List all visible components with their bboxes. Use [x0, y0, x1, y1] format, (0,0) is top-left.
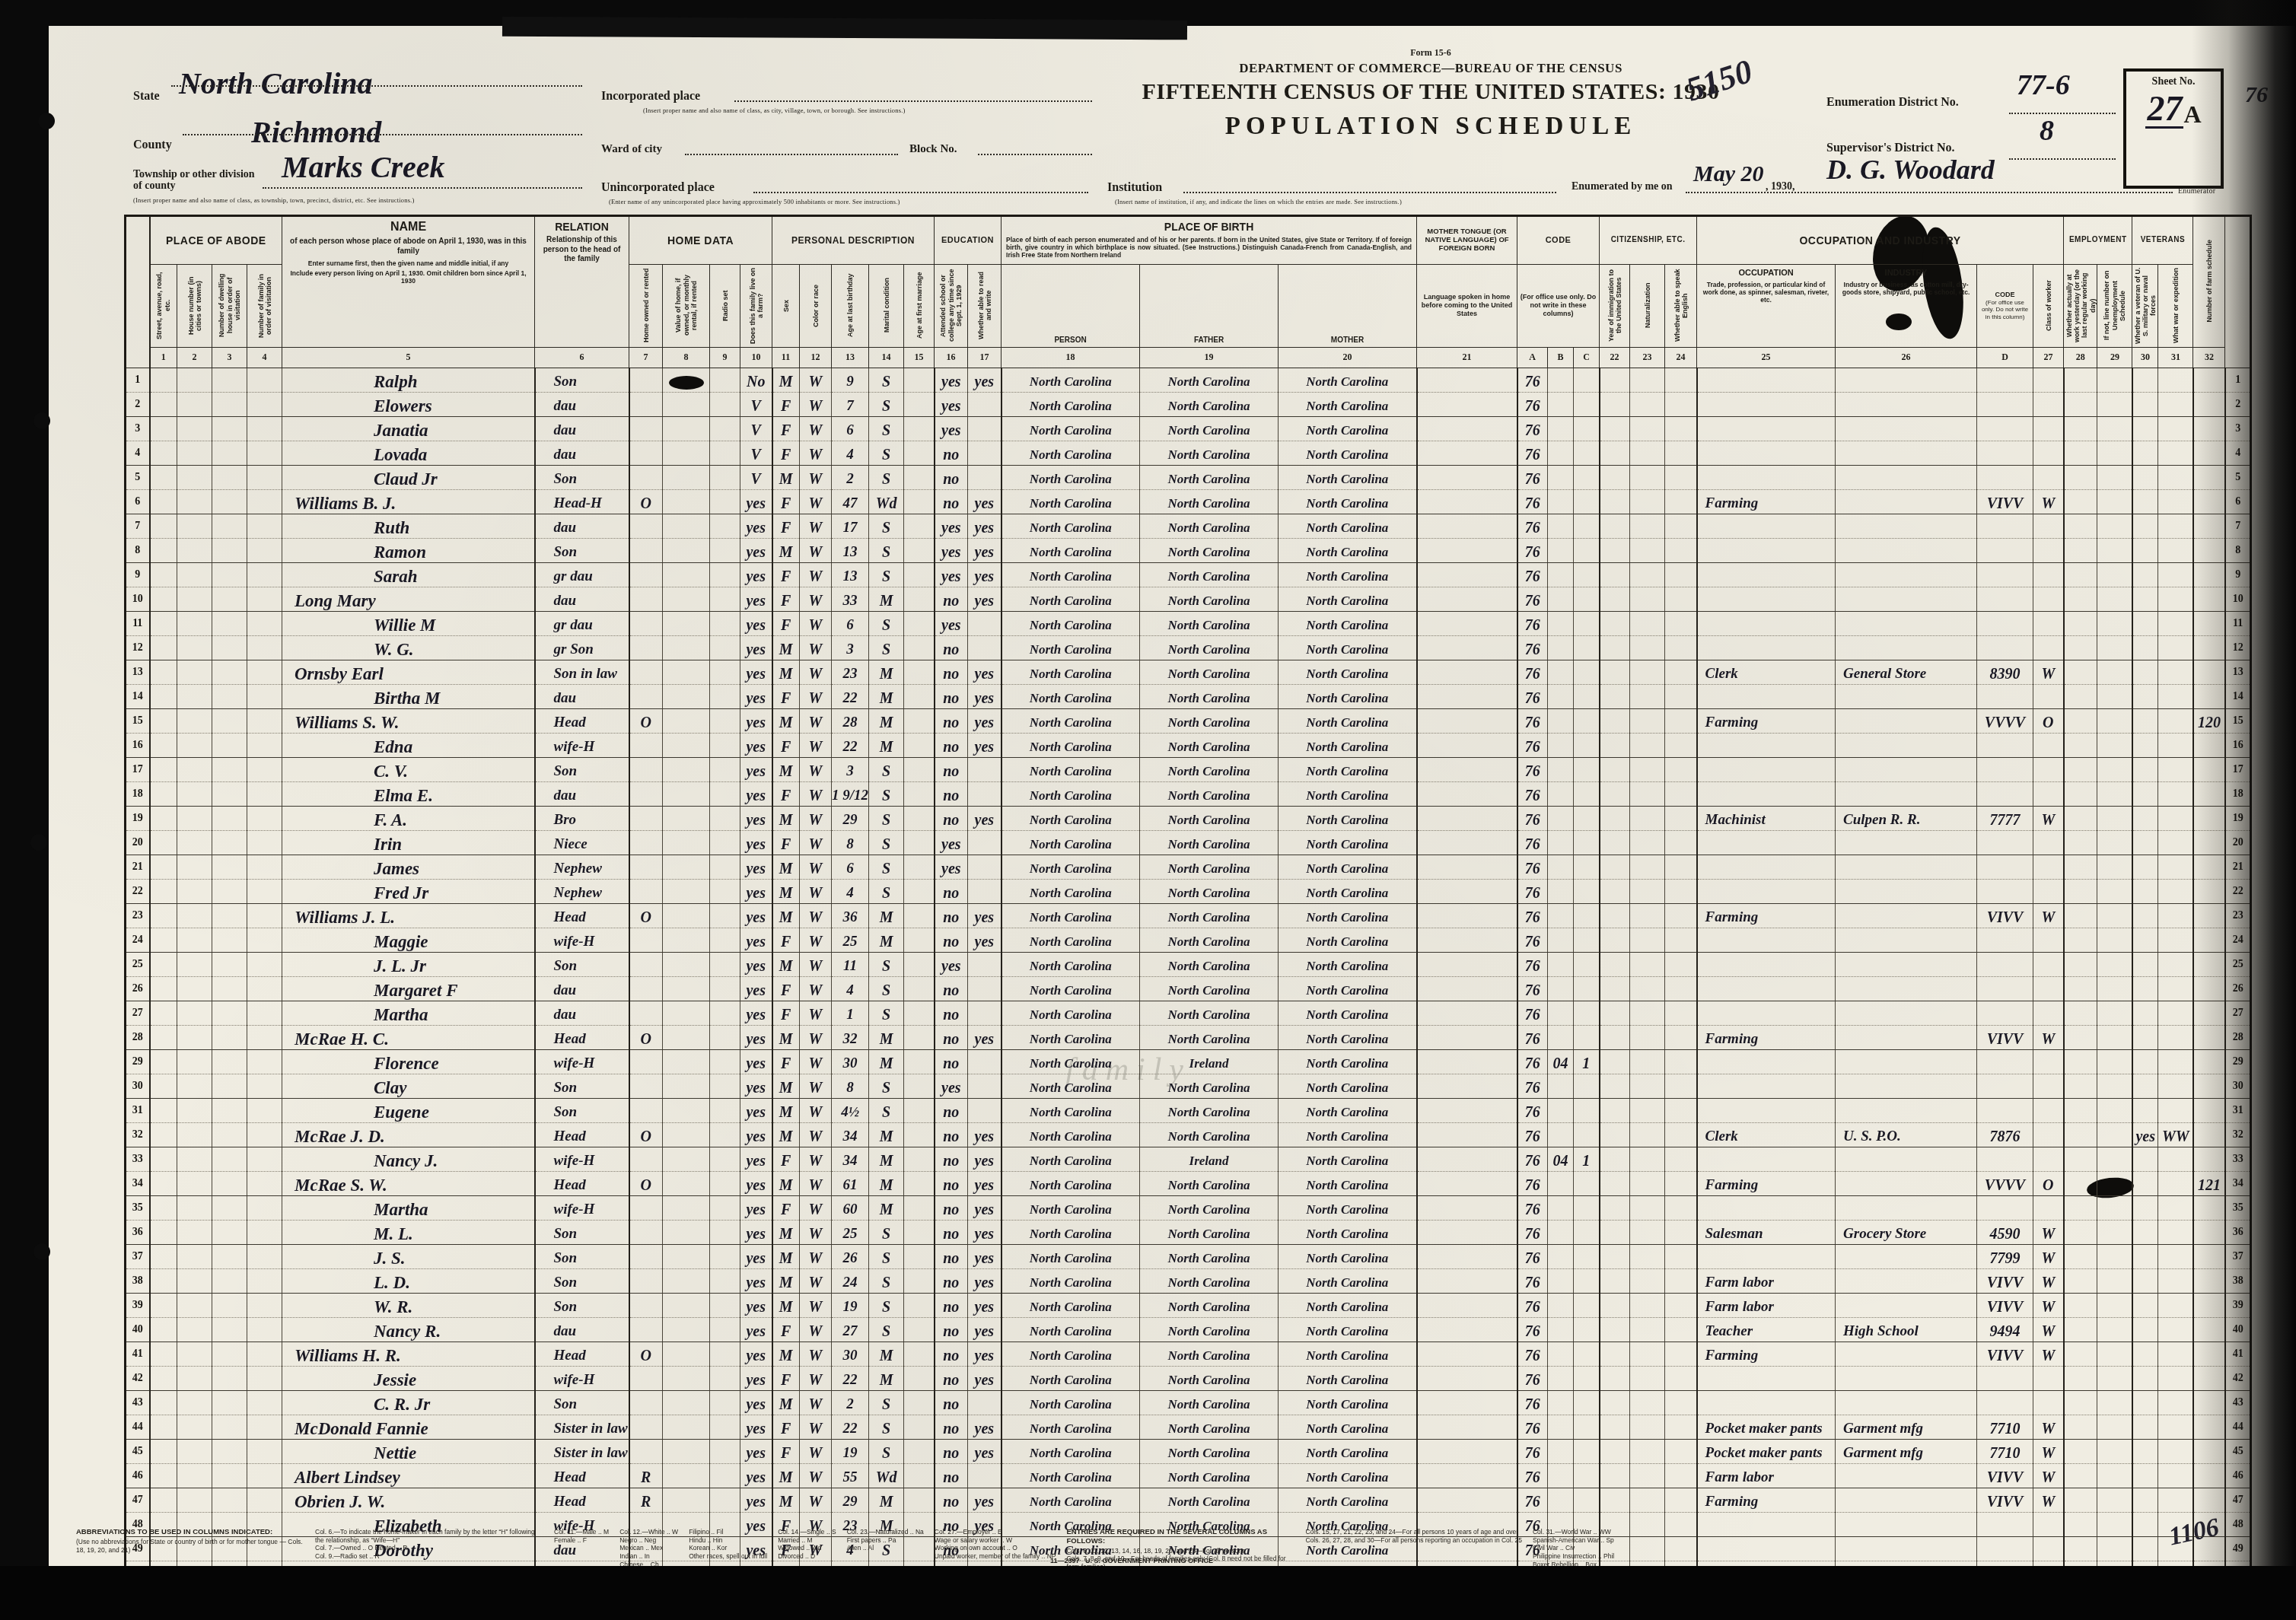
cell-rw [968, 879, 1002, 903]
cell-wk [2064, 708, 2097, 733]
cell-cc [1574, 806, 1600, 830]
cell-nt [1630, 1439, 1665, 1463]
cell-lg [1417, 611, 1517, 635]
cell-sc: yes [935, 368, 968, 392]
cell-sc: no [935, 1342, 968, 1366]
ward-line [685, 154, 898, 155]
cell-pm: North Carolina [1279, 441, 1417, 465]
legend-line: (Use no abbreviations for State or count… [76, 1538, 304, 1554]
cell-im [1600, 1317, 1630, 1342]
cell-pf: North Carolina [1140, 1171, 1279, 1195]
cell-nt [1630, 1122, 1665, 1147]
cell-ca: 76 [1517, 1122, 1548, 1147]
cell-iy [1836, 879, 1977, 903]
cell-ag: 6 [832, 611, 869, 635]
cell-vt [2132, 733, 2158, 757]
cell-ag: 25 [832, 1220, 869, 1244]
cell-cw [2033, 1049, 2064, 1074]
cell-wr [2158, 1195, 2193, 1220]
cell-ra: W [800, 830, 832, 855]
cell-lg [1417, 1025, 1517, 1049]
state-label: State [133, 90, 160, 103]
cell-am [904, 757, 935, 781]
cell-hn [177, 879, 212, 903]
cell-ca: 76 [1517, 368, 1548, 392]
cell-ms: M [869, 1342, 904, 1366]
cell-vt [2132, 1390, 2158, 1415]
cell-iy [1836, 514, 1977, 538]
cell-ra: W [800, 1415, 832, 1439]
cell-vt [2132, 781, 2158, 806]
cell-sc: no [935, 1220, 968, 1244]
column-number: 14 [869, 347, 904, 368]
cell-iy [1836, 952, 1977, 976]
cell-en [1665, 635, 1697, 660]
cell-hm [629, 781, 663, 806]
cell-rw [968, 1098, 1002, 1122]
cell-cc [1574, 1195, 1600, 1220]
cell-rw: yes [968, 1268, 1002, 1293]
cell-ul [2097, 1390, 2132, 1415]
cell-ra: W [800, 562, 832, 587]
cell-nt [1630, 1366, 1665, 1390]
legend-line: Col. 23.—Naturalized .. Na [847, 1528, 924, 1536]
table-row: 24Maggiewife-HyesFW25MnoyesNorth Carolin… [126, 928, 2251, 952]
cell-vt [2132, 1366, 2158, 1390]
cell-wk [2064, 806, 2097, 830]
column-numbers-row: 123456789101112131415161718192021ABC2223… [126, 347, 2251, 368]
cell-hm [629, 1439, 663, 1463]
enumerator-name: D. G. Woodard [1826, 154, 1995, 186]
cell-wk [2064, 538, 2097, 562]
cell-nm: Sarah [282, 562, 535, 587]
cell-sc: no [935, 928, 968, 952]
cell-am [904, 1220, 935, 1244]
column-number: 18 [1002, 347, 1140, 368]
cell-sx: M [772, 465, 800, 489]
cell-ul [2097, 1147, 2132, 1171]
cell-pf: North Carolina [1140, 806, 1279, 830]
cell-am [904, 1244, 935, 1268]
cell-vl [663, 684, 710, 708]
cell-pm: North Carolina [1279, 684, 1417, 708]
cell-pm: North Carolina [1279, 514, 1417, 538]
cell-ra: W [800, 1488, 832, 1512]
cell-cd [1977, 879, 2033, 903]
cell-im [1600, 1171, 1630, 1195]
cell-vt [2132, 928, 2158, 952]
cell-sc: no [935, 1098, 968, 1122]
cell-hm [629, 879, 663, 903]
cell-rd [710, 830, 740, 855]
cell-lg [1417, 1390, 1517, 1415]
cell-ra: W [800, 416, 832, 441]
cell-st [150, 684, 177, 708]
cell-ag: 22 [832, 733, 869, 757]
cell-vl [663, 1342, 710, 1366]
cell-rw: yes [968, 806, 1002, 830]
row-number-left: 46 [126, 1463, 150, 1488]
cell-iy [1836, 465, 1977, 489]
cell-rw [968, 830, 1002, 855]
cell-ms: S [869, 611, 904, 635]
row-number-left: 19 [126, 806, 150, 830]
cell-nt [1630, 392, 1665, 416]
group-education: EDUCATION [935, 216, 1002, 265]
cell-sc: yes [935, 830, 968, 855]
cell-nm: Lovada [282, 441, 535, 465]
cell-fm [247, 928, 282, 952]
legend-line: Married .. M [778, 1536, 836, 1545]
cell-am [904, 1195, 935, 1220]
cell-ms: M [869, 684, 904, 708]
cell-iy [1836, 1463, 1977, 1488]
cell-nt [1630, 489, 1665, 514]
cell-wk [2064, 416, 2097, 441]
cell-cd: 7710 [1977, 1415, 2033, 1439]
cell-cb [1548, 708, 1574, 733]
cell-oc: Pocket maker pants [1697, 1415, 1836, 1439]
cell-hm [629, 538, 663, 562]
cell-cd [1977, 757, 2033, 781]
cell-ca: 76 [1517, 1195, 1548, 1220]
cell-vl [663, 635, 710, 660]
cell-sc: yes [935, 855, 968, 879]
cell-ca: 76 [1517, 1268, 1548, 1293]
cell-pb: North Carolina [1002, 1147, 1140, 1171]
cell-im [1600, 416, 1630, 441]
cell-lg [1417, 1463, 1517, 1488]
cell-pm: North Carolina [1279, 733, 1417, 757]
cell-nm: McRae S. W. [282, 1171, 535, 1195]
cell-fm [247, 757, 282, 781]
cell-dw [212, 514, 247, 538]
cell-pm: North Carolina [1279, 781, 1417, 806]
cell-pb: North Carolina [1002, 1463, 1140, 1488]
cell-am [904, 1366, 935, 1390]
cell-pm: North Carolina [1279, 903, 1417, 928]
census-title: FIFTEENTH CENSUS OF THE UNITED STATES: 1… [1142, 79, 1720, 105]
cell-cw [2033, 1098, 2064, 1122]
cell-ms: S [869, 392, 904, 416]
industry-desc: Industry or business, as cotton mill, dr… [1840, 281, 1972, 296]
cell-sc: no [935, 708, 968, 733]
cell-oc [1697, 952, 1836, 976]
cell-ul [2097, 1317, 2132, 1342]
cell-rd [710, 465, 740, 489]
cell-fm [247, 733, 282, 757]
cell-cb [1548, 1463, 1574, 1488]
column-number: 20 [1279, 347, 1417, 368]
sd-label: Supervisor's District No. [1826, 142, 1954, 155]
cell-cw [2033, 830, 2064, 855]
cell-nm: Ornsby Earl [282, 660, 535, 684]
cell-wr [2158, 1098, 2193, 1122]
cell-ag: 3 [832, 757, 869, 781]
cell-pf: North Carolina [1140, 855, 1279, 879]
cell-lg [1417, 1317, 1517, 1342]
cell-am [904, 416, 935, 441]
cell-dw [212, 489, 247, 514]
cell-wr [2158, 733, 2193, 757]
cell-cb [1548, 781, 1574, 806]
cell-wk [2064, 1415, 2097, 1439]
cell-ag: 24 [832, 1268, 869, 1293]
cell-sc: no [935, 1171, 968, 1195]
cell-rd [710, 976, 740, 1001]
cell-iy [1836, 1390, 1977, 1415]
cell-im [1600, 928, 1630, 952]
row-number-left: 44 [126, 1415, 150, 1439]
row-number-left: 37 [126, 1244, 150, 1268]
cell-vl [663, 1439, 710, 1463]
cell-ra: W [800, 1195, 832, 1220]
group-header-row: PLACE OF ABODE NAME of each person whose… [126, 216, 2251, 265]
cell-fm [247, 562, 282, 587]
cell-nt [1630, 781, 1665, 806]
cell-ca: 76 [1517, 806, 1548, 830]
cell-dw [212, 368, 247, 392]
cell-cw: W [2033, 1488, 2064, 1512]
cell-cc [1574, 1001, 1600, 1025]
cell-cw [2033, 1195, 2064, 1220]
cell-sc: no [935, 465, 968, 489]
cell-hm: O [629, 1025, 663, 1049]
cell-wk [2064, 514, 2097, 538]
row-number-left: 47 [126, 1488, 150, 1512]
cell-pm: North Carolina [1279, 928, 1417, 952]
cell-sx: M [772, 368, 800, 392]
cell-dw [212, 1171, 247, 1195]
col-header-age-first-marriage: Age at first marriage [904, 264, 935, 347]
cell-im [1600, 733, 1630, 757]
cell-fm [247, 1268, 282, 1293]
cell-en [1665, 1074, 1697, 1098]
cell-im [1600, 1001, 1630, 1025]
cell-hm [629, 587, 663, 611]
cell-lg [1417, 392, 1517, 416]
cell-pm: North Carolina [1279, 562, 1417, 587]
cell-nm: Clay [282, 1074, 535, 1098]
cell-st [150, 1366, 177, 1390]
cell-pf: North Carolina [1140, 1268, 1279, 1293]
cell-fa: yes [740, 1342, 772, 1366]
cell-vl [663, 1390, 710, 1415]
cell-nt [1630, 1049, 1665, 1074]
cell-ul [2097, 489, 2132, 514]
cell-cc [1574, 855, 1600, 879]
cell-hn [177, 1220, 212, 1244]
cell-pm: North Carolina [1279, 1488, 1417, 1512]
cell-cd [1977, 781, 2033, 806]
incorporated-note: (Insert proper name and also name of cla… [643, 107, 1100, 114]
cell-rd [710, 1293, 740, 1317]
cell-nm: Margaret F [282, 976, 535, 1001]
cell-pb: North Carolina [1002, 1001, 1140, 1025]
cell-fm [247, 1195, 282, 1220]
cell-wr [2158, 441, 2193, 465]
cell-cb [1548, 392, 1574, 416]
industry-title: INDUSTRY [1840, 269, 1972, 278]
cell-nm: M. L. [282, 1220, 535, 1244]
col-header-birth-father: FATHER [1140, 264, 1279, 347]
cell-oc [1697, 781, 1836, 806]
table-row: 11Willie Mgr dauyesFW6SyesNorth Carolina… [126, 611, 2251, 635]
legend-line: Col. 6.—To indicate the home-maker in ea… [315, 1528, 543, 1544]
legend-line: Col. 12.—White .. W [619, 1528, 678, 1536]
cell-rd [710, 587, 740, 611]
table-row: 29Florencewife-HyesFW30MnoNorth Carolina… [126, 1049, 2251, 1074]
cell-pb: North Carolina [1002, 708, 1140, 733]
cell-am [904, 976, 935, 1001]
row-number-left: 45 [126, 1439, 150, 1463]
cell-vt [2132, 1098, 2158, 1122]
ward-label: Ward of city [601, 143, 662, 156]
cell-dw [212, 855, 247, 879]
cell-ul [2097, 465, 2132, 489]
column-number: C [1574, 347, 1600, 368]
row-number-left: 16 [126, 733, 150, 757]
cell-ms: S [869, 441, 904, 465]
cell-iy: High School [1836, 1317, 1977, 1342]
cell-vl [663, 1074, 710, 1098]
cell-pb: North Carolina [1002, 1317, 1140, 1342]
cell-pf: North Carolina [1140, 903, 1279, 928]
cell-ag: 8 [832, 1074, 869, 1098]
cell-vt [2132, 489, 2158, 514]
row-number-left: 18 [126, 781, 150, 806]
cell-ms: M [869, 660, 904, 684]
cell-ra: W [800, 368, 832, 392]
relation-desc: Relationship of this person to the head … [540, 236, 624, 265]
cell-lg [1417, 855, 1517, 879]
cell-cw [2033, 1147, 2064, 1171]
cell-ag: 4 [832, 976, 869, 1001]
cell-fa: yes [740, 514, 772, 538]
cell-ag: 34 [832, 1147, 869, 1171]
row-number-left: 29 [126, 1049, 150, 1074]
table-row: 40Nancy R.dauyesFW27SnoyesNorth Carolina… [126, 1317, 2251, 1342]
cell-fm [247, 879, 282, 903]
cell-vt [2132, 1317, 2158, 1342]
cell-sc: no [935, 1122, 968, 1147]
row-number-left: 32 [126, 1122, 150, 1147]
cell-oc [1697, 1098, 1836, 1122]
cell-ag: 19 [832, 1293, 869, 1317]
cell-pb: North Carolina [1002, 1268, 1140, 1293]
cell-en [1665, 781, 1697, 806]
cell-pm: North Carolina [1279, 806, 1417, 830]
cell-pf: North Carolina [1140, 416, 1279, 441]
legend-line: Civil War .. Civ [1533, 1544, 1614, 1552]
cell-sc: no [935, 1049, 968, 1074]
cell-pf: North Carolina [1140, 684, 1279, 708]
name-note2: Include every person living on April 1, … [287, 269, 530, 285]
cell-vl [663, 708, 710, 733]
col-header-language: Language spoken in home before coming to… [1417, 264, 1517, 347]
cell-en [1665, 611, 1697, 635]
cell-pm: North Carolina [1279, 538, 1417, 562]
cell-ul [2097, 1415, 2132, 1439]
cell-ul [2097, 1122, 2132, 1147]
cell-hn [177, 489, 212, 514]
cell-pb: North Carolina [1002, 587, 1140, 611]
cell-cd [1977, 928, 2033, 952]
cell-cd [1977, 368, 2033, 392]
cell-en [1665, 368, 1697, 392]
cell-cd [1977, 952, 2033, 976]
cell-ca: 76 [1517, 928, 1548, 952]
cell-ul [2097, 903, 2132, 928]
cell-pm: North Carolina [1279, 879, 1417, 903]
cell-sc: yes [935, 611, 968, 635]
cell-pb: North Carolina [1002, 368, 1140, 392]
cell-nt [1630, 879, 1665, 903]
cell-ul [2097, 1244, 2132, 1268]
cell-pb: North Carolina [1002, 1122, 1140, 1147]
cell-en [1665, 1001, 1697, 1025]
cell-fa: yes [740, 1415, 772, 1439]
cell-sx: F [772, 1439, 800, 1463]
cell-cc [1574, 587, 1600, 611]
cell-ms: M [869, 1488, 904, 1512]
cell-wk [2064, 465, 2097, 489]
col-header-house-number: House number (in cities or towns) [177, 264, 212, 347]
cell-en [1665, 855, 1697, 879]
col-header-birth-person: PERSON [1002, 264, 1140, 347]
cell-cd [1977, 562, 2033, 587]
cell-cc: 1 [1574, 1147, 1600, 1171]
cell-rd [710, 368, 740, 392]
cell-ra: W [800, 514, 832, 538]
cell-fa: yes [740, 587, 772, 611]
cell-rel: Head [535, 1342, 629, 1366]
cell-wk [2064, 611, 2097, 635]
row-number-left: 27 [126, 1001, 150, 1025]
cell-ag: 8 [832, 830, 869, 855]
cell-fm [247, 1244, 282, 1268]
cell-am [904, 806, 935, 830]
cell-ul [2097, 416, 2132, 441]
cell-nt [1630, 733, 1665, 757]
cell-lg [1417, 879, 1517, 903]
cell-ms: Wd [869, 1463, 904, 1488]
cell-pf: North Carolina [1140, 1342, 1279, 1366]
cell-st [150, 1342, 177, 1366]
cell-dw [212, 757, 247, 781]
cell-dw [212, 976, 247, 1001]
cell-sx: F [772, 1049, 800, 1074]
cell-hn [177, 441, 212, 465]
cell-cb [1548, 368, 1574, 392]
cell-wk [2064, 392, 2097, 416]
table-row: 8RamonSonyesMW13SyesyesNorth CarolinaNor… [126, 538, 2251, 562]
cell-ul [2097, 952, 2132, 976]
cell-lg [1417, 781, 1517, 806]
cell-fm [247, 514, 282, 538]
cell-hn [177, 806, 212, 830]
cell-cw: O [2033, 1171, 2064, 1195]
table-row: 45NettieSister in lawyesFW19SnoyesNorth … [126, 1439, 2251, 1463]
cell-ag: 22 [832, 1366, 869, 1390]
cell-nm: Martha [282, 1001, 535, 1025]
cell-sc: yes [935, 1074, 968, 1098]
cell-oc [1697, 538, 1836, 562]
cell-rel: gr dau [535, 611, 629, 635]
cell-pf: North Carolina [1140, 1195, 1279, 1220]
cell-rw: yes [968, 514, 1002, 538]
cell-pf: North Carolina [1140, 635, 1279, 660]
